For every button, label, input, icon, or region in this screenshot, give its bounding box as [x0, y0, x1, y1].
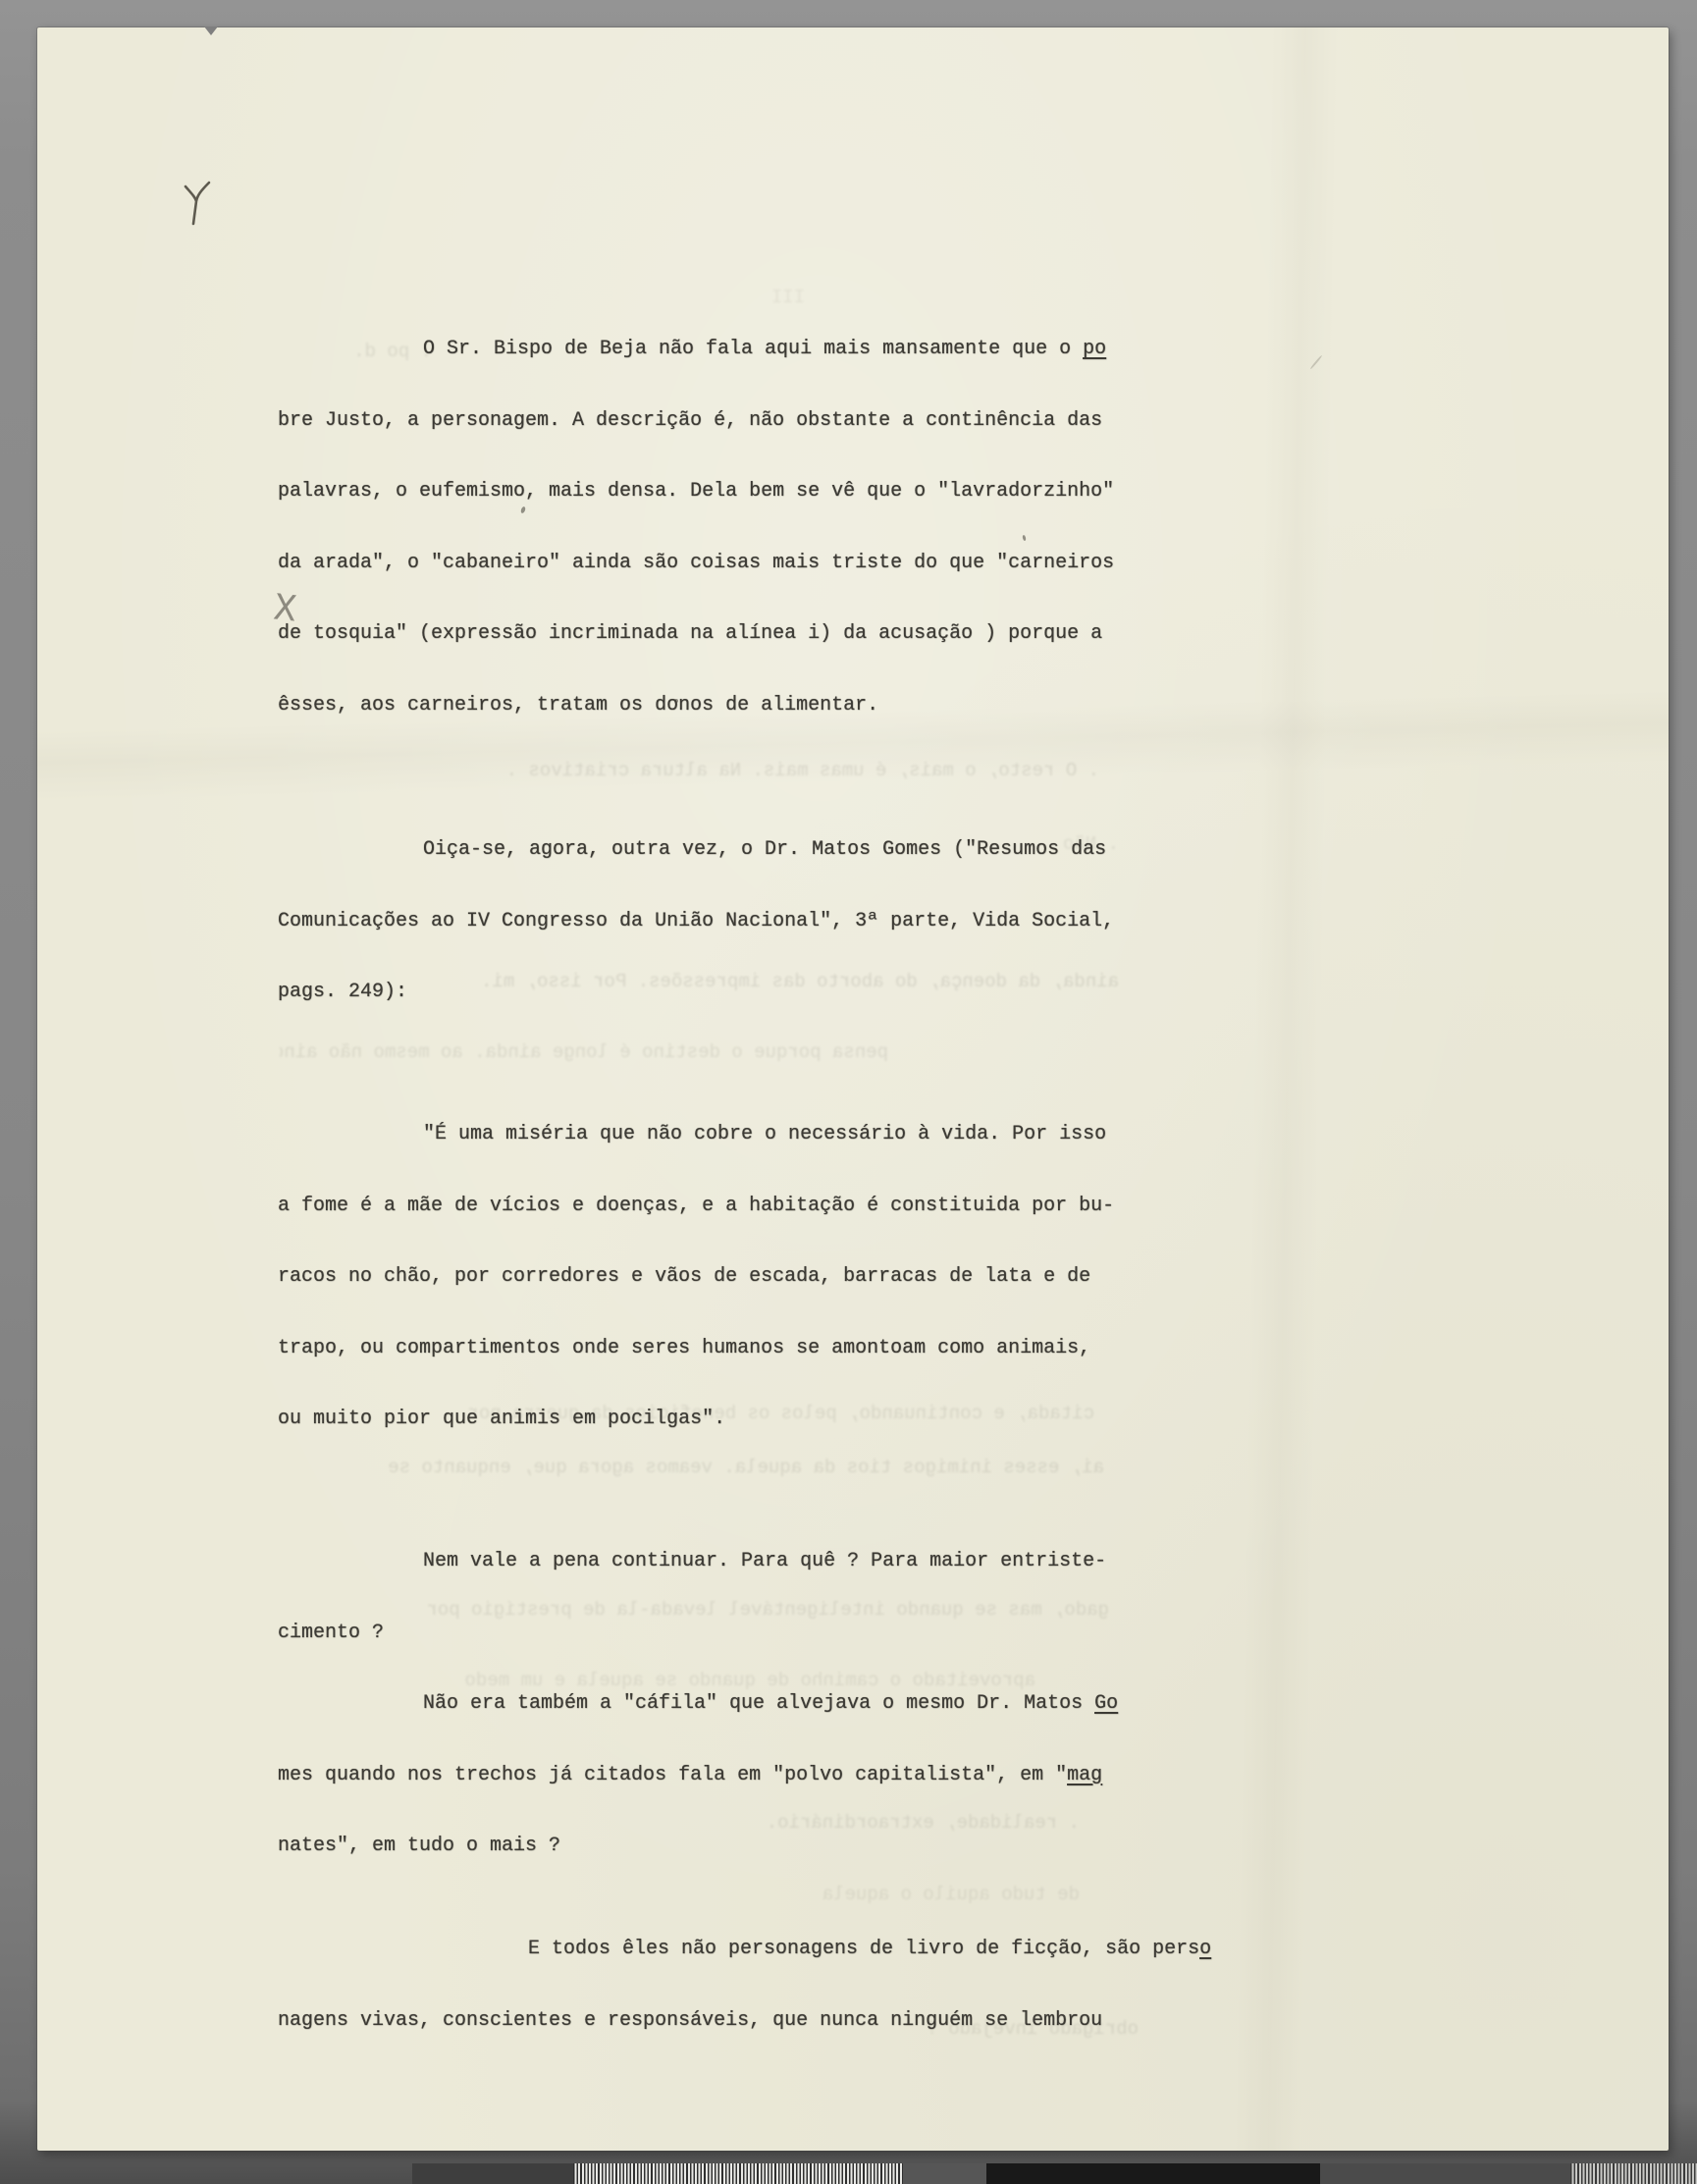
- text-run: bre Justo, a personagem. A descrição é, …: [278, 409, 1102, 432]
- paper-speck: [674, 699, 678, 703]
- text-run: da arada", o "cabaneiro" ainda são coisa…: [278, 552, 1114, 574]
- gray-segment: [903, 2163, 986, 2184]
- text-run: "É uma miséria que não cobre o necessári…: [423, 1123, 1106, 1145]
- text-run: Nem vale a pena continuar. Para quê ? Pa…: [423, 1550, 1106, 1572]
- text-run: nagens vivas, conscientes e responsáveis…: [278, 2009, 1102, 2032]
- underlined-text: po: [1083, 338, 1106, 360]
- black-segment: [986, 2163, 1320, 2184]
- text-run: pags. 249):: [278, 981, 407, 1003]
- text-line: da arada", o "cabaneiro" ainda são coisa…: [278, 528, 1181, 600]
- ghost-bleedthrough-line: III: [687, 283, 805, 312]
- text-line: Nem vale a pena continuar. Para quê ? Pa…: [278, 1526, 1181, 1598]
- text-run: ou muito pior que animis em pocilgas".: [278, 1408, 725, 1430]
- paragraph: "É uma miséria que não cobre o necessári…: [278, 1099, 1181, 1456]
- text-run: palavras, o eufemismo, mais densa. Dela …: [278, 480, 1114, 503]
- scan-background: III. po d.. O resto, o mais, é umas mais…: [0, 0, 1697, 2184]
- text-line: de tosquia" (expressão incriminada na al…: [278, 599, 1181, 670]
- barcode-segment: [1570, 2163, 1697, 2184]
- text-line: racos no chão, por corredores e vãos de …: [278, 1242, 1181, 1313]
- text-line: nates", em tudo o mais ?: [278, 1811, 1181, 1883]
- gray-segment: [1320, 2163, 1570, 2184]
- text-run: de tosquia" (expressão incriminada na al…: [278, 622, 1102, 645]
- paragraph: Não era também a "cáfila" que alvejava o…: [278, 1669, 1181, 1883]
- paragraph: Oiça-se, agora, outra vez, o Dr. Matos G…: [278, 815, 1181, 1029]
- paragraph: Nem vale a pena continuar. Para quê ? Pa…: [278, 1526, 1181, 1669]
- text-run: a fome é a mãe de vícios e doenças, e a …: [278, 1195, 1114, 1217]
- paragraph: O Sr. Bispo de Beja não fala aqui mais m…: [278, 314, 1181, 741]
- text-run: O Sr. Bispo de Beja não fala aqui mais m…: [423, 338, 1083, 360]
- text-line: palavras, o eufemismo, mais densa. Dela …: [278, 456, 1181, 528]
- ghost-bleedthrough-line: ai, esses inimigos tios da aquela. veamo…: [280, 1453, 1104, 1482]
- text-line: mes quando nos trechos já citados fala e…: [278, 1740, 1181, 1812]
- text-run: trapo, ou compartimentos onde seres huma…: [278, 1337, 1090, 1359]
- paragraph: E todos êles não personagens de livro de…: [278, 1914, 1181, 2056]
- text-line: E todos êles não personagens de livro de…: [278, 1914, 1181, 1986]
- text-run: Não era também a "cáfila" que alvejava o…: [423, 1692, 1094, 1715]
- text-line: Não era também a "cáfila" que alvejava o…: [278, 1669, 1181, 1740]
- text-line: êsses, aos carneiros, tratam os donos de…: [278, 670, 1181, 742]
- ghost-bleedthrough-line: . O resto, o mais, é umas mais. Na altur…: [294, 756, 1099, 785]
- underlined-text: mag: [1067, 1764, 1102, 1786]
- text-run: mes quando nos trechos já citados fala e…: [278, 1764, 1067, 1786]
- text-run: racos no chão, por corredores e vãos de …: [278, 1265, 1090, 1288]
- underlined-text: o: [1199, 1938, 1211, 1960]
- text-line: Comunicações ao IV Congresso da União Na…: [278, 886, 1181, 958]
- text-line: cimento ?: [278, 1598, 1181, 1670]
- ink-corner-mark: [181, 181, 214, 230]
- pencil-x-mark: X: [272, 587, 298, 633]
- text-line: Oiça-se, agora, outra vez, o Dr. Matos G…: [278, 815, 1181, 886]
- underlined-text: Go: [1094, 1692, 1118, 1715]
- text-line: bre Justo, a personagem. A descrição é, …: [278, 386, 1181, 457]
- text-line: ou muito pior que animis em pocilgas".: [278, 1384, 1181, 1456]
- text-run: cimento ?: [278, 1622, 384, 1644]
- text-run: êsses, aos carneiros, tratam os donos de…: [278, 694, 878, 717]
- text-run: Comunicações ao IV Congresso da União Na…: [278, 910, 1114, 932]
- calibration-strip: [412, 2163, 1697, 2184]
- text-line: O Sr. Bispo de Beja não fala aqui mais m…: [278, 314, 1181, 386]
- text-line: a fome é a mãe de vícios e doenças, e a …: [278, 1171, 1181, 1243]
- text-run: E todos êles não personagens de livro de…: [528, 1938, 1199, 1960]
- text-line: trapo, ou compartimentos onde seres huma…: [278, 1313, 1181, 1385]
- text-line: "É uma miséria que não cobre o necessári…: [278, 1099, 1181, 1171]
- ghost-bleedthrough-line: pensa porque o destino é longe ainda. ao…: [280, 1038, 888, 1067]
- text-run: nates", em tudo o mais ?: [278, 1835, 560, 1857]
- text-run: Oiça-se, agora, outra vez, o Dr. Matos G…: [423, 838, 1106, 861]
- paper-edge-notch: [204, 27, 218, 35]
- barcode-segment: [573, 2163, 903, 2184]
- ghost-bleedthrough-line: de tudo aquilo o aquela: [530, 1880, 1080, 1909]
- text-line: pags. 249):: [278, 957, 1181, 1029]
- text-line: nagens vivas, conscientes e responsáveis…: [278, 1986, 1181, 2057]
